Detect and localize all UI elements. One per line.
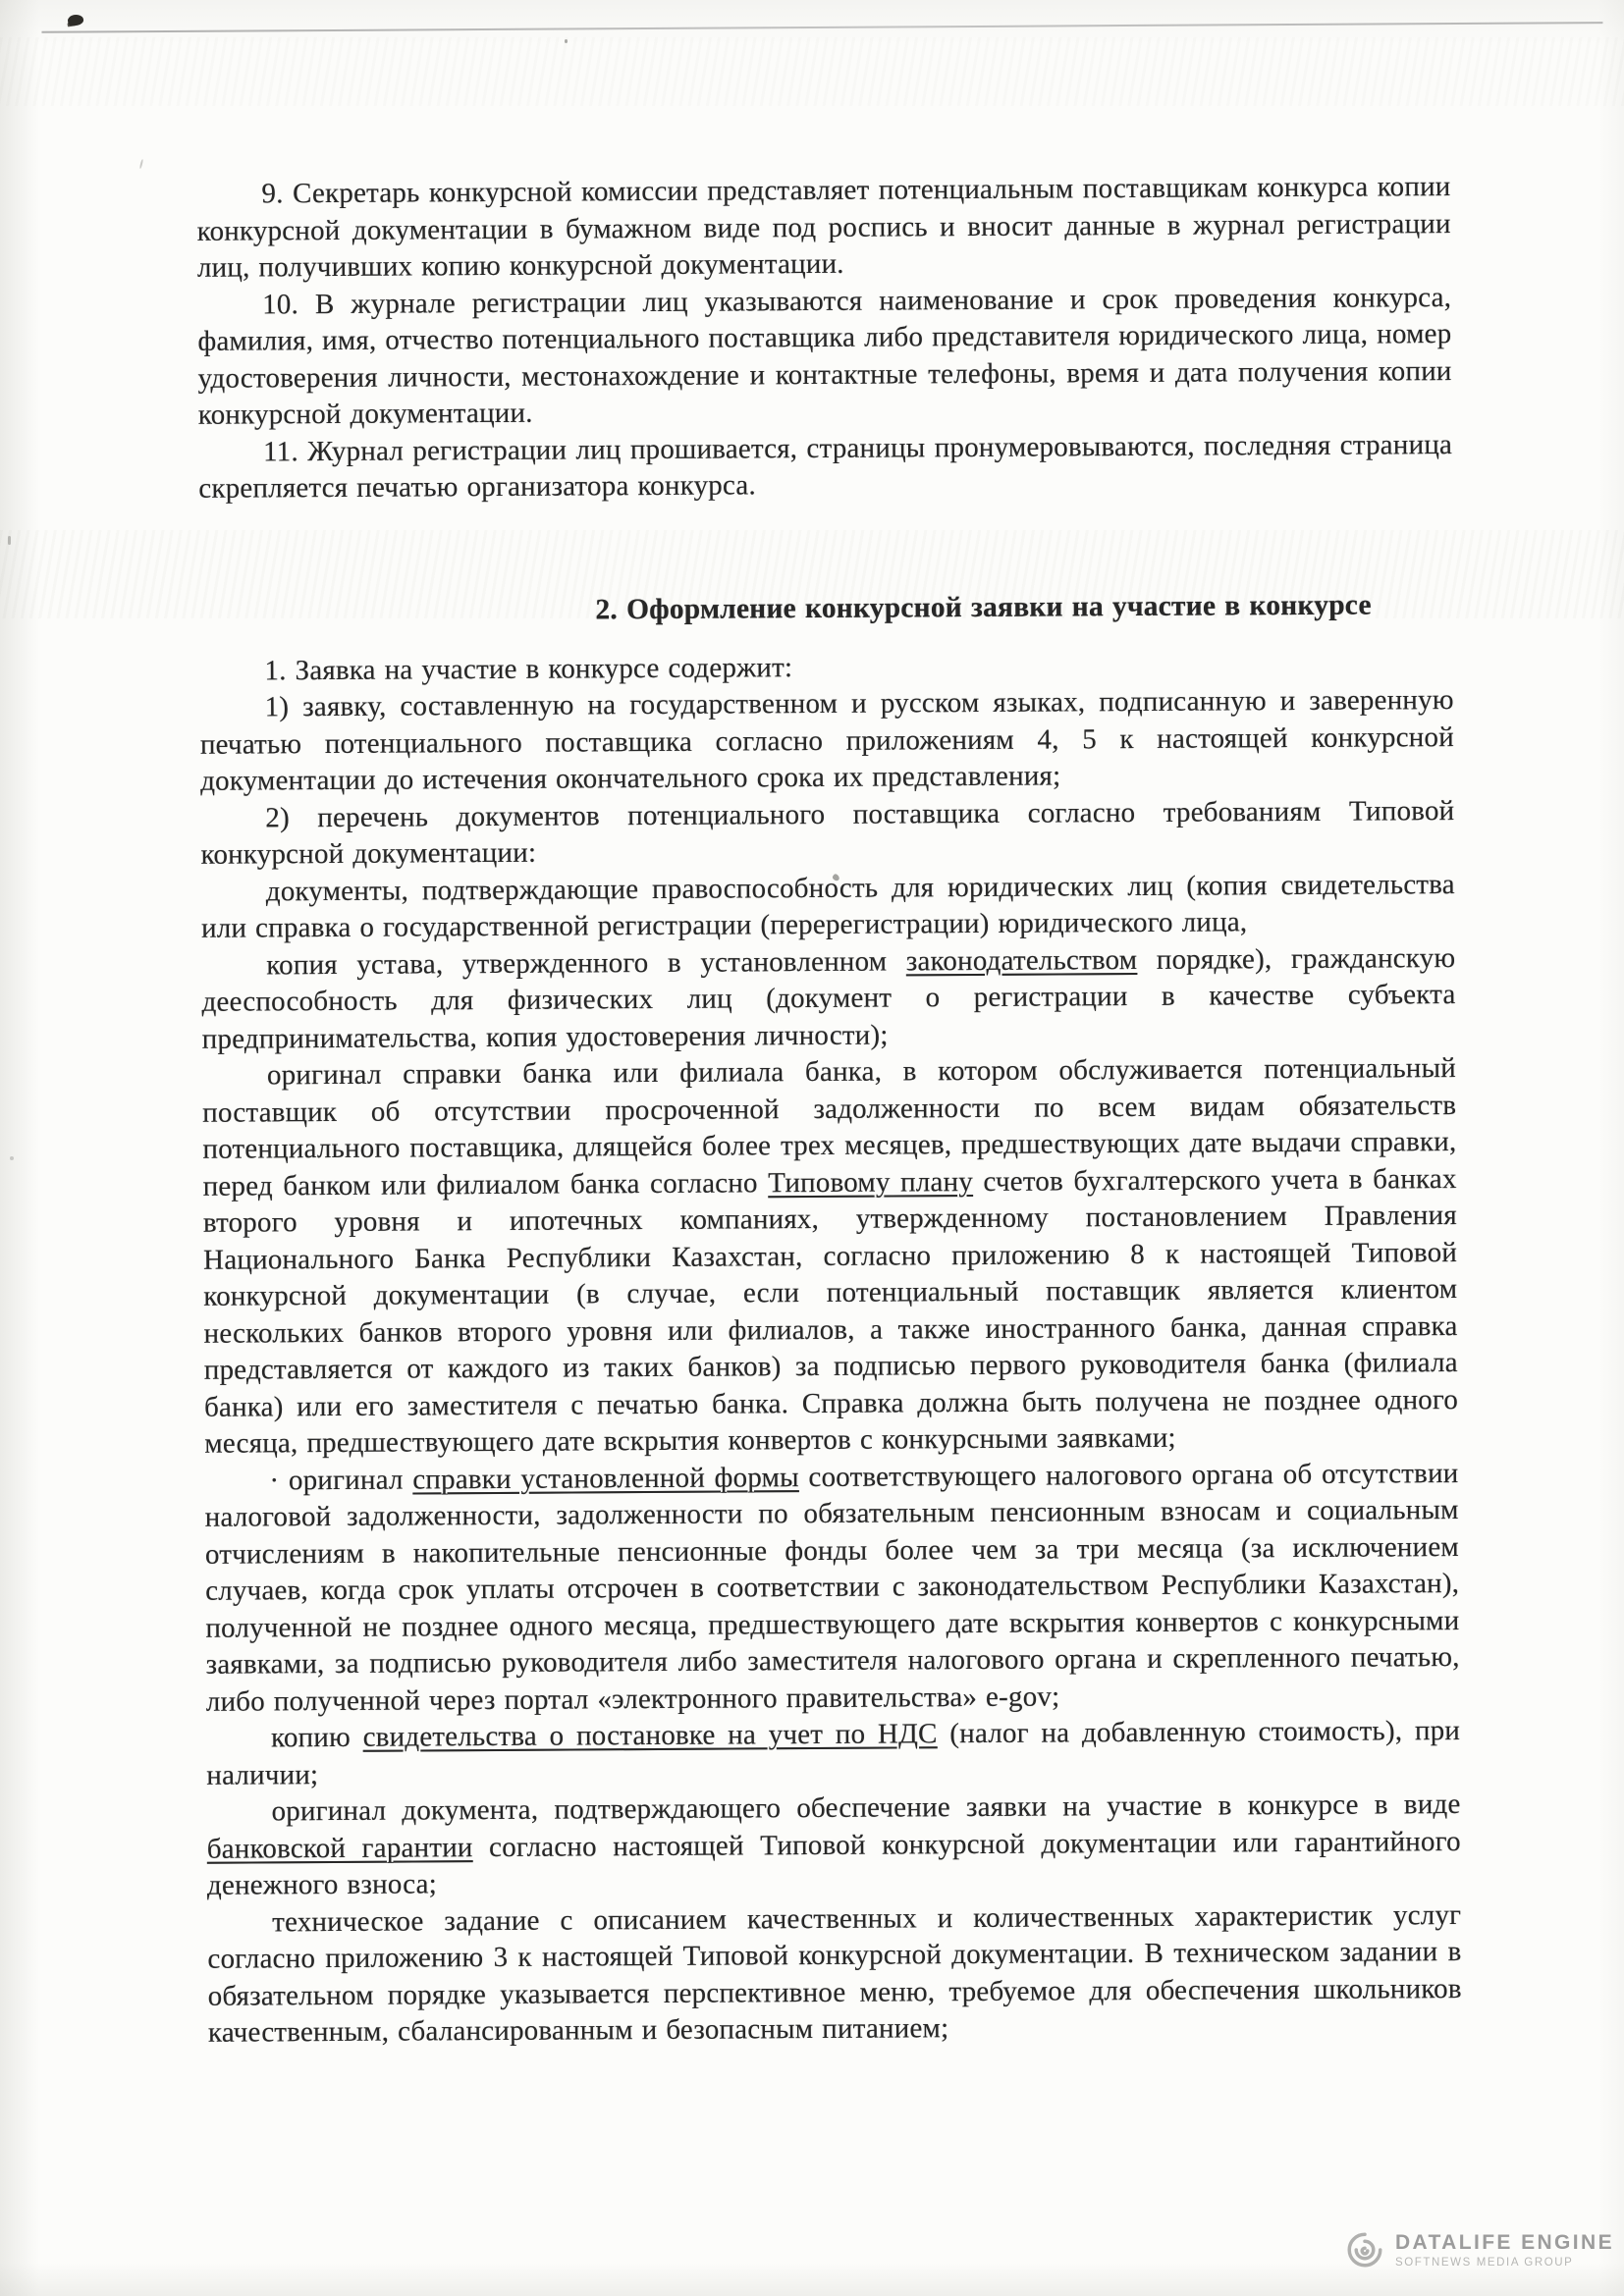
paragraph: документы, подтверждающие правоспособнос… xyxy=(201,866,1455,947)
paragraph: 11. Журнал регистрации лиц прошивается, … xyxy=(198,427,1452,508)
text-run: копия устава, утвержденного в установлен… xyxy=(266,945,906,981)
watermark: DATALIFE ENGINE SOFTNEWS MEDIA GROUP xyxy=(1344,2229,1614,2270)
text-run: 9. Секретарь конкурсной комиссии предста… xyxy=(197,171,1451,284)
paragraph: 1) заявку, составленную на государственн… xyxy=(200,682,1455,800)
paragraph: копия устава, утвержденного в установлен… xyxy=(201,939,1456,1057)
paragraph: · оригинал справки установленной формы с… xyxy=(204,1455,1460,1720)
text-run: · оригинал xyxy=(269,1464,412,1496)
paragraph: 10. В журнале регистрации лиц указываютс… xyxy=(197,280,1452,435)
text-run: копию xyxy=(271,1722,363,1754)
paragraph: оригинал справки банка или филиала банка… xyxy=(202,1050,1458,1463)
section2-body: 1. Заявка на участие в конкурсе содержит… xyxy=(199,646,1462,2053)
paragraph: копию свидетельства о постановке на учет… xyxy=(206,1713,1460,1794)
text-run: 11. Журнал регистрации лиц прошивается, … xyxy=(198,429,1452,505)
text-run: соответствующего налогового органа об от… xyxy=(205,1457,1460,1717)
watermark-text: DATALIFE ENGINE SOFTNEWS MEDIA GROUP xyxy=(1395,2231,1614,2269)
text-run: 2) перечень документов потенциального по… xyxy=(200,795,1454,871)
paragraph: оригинал документа, подтверждающего обес… xyxy=(206,1787,1461,1904)
paragraph: 2) перечень документов потенциального по… xyxy=(200,793,1454,875)
underlined-text: Типовому плану xyxy=(768,1166,973,1199)
document-body: 9. Секретарь конкурсной комиссии предста… xyxy=(196,169,1462,2052)
text-run: 1) заявку, составленную на государственн… xyxy=(200,684,1454,797)
text-run: документы, подтверждающие правоспособнос… xyxy=(201,868,1455,943)
intro-section: 9. Секретарь конкурсной комиссии предста… xyxy=(196,169,1452,507)
section-heading: 2. Оформление конкурсной заявки на участ… xyxy=(199,583,1453,634)
underlined-text: справки установленной формы xyxy=(412,1462,799,1495)
text-run: оригинал документа, подтверждающего обес… xyxy=(271,1789,1460,1827)
paragraph: 9. Секретарь конкурсной комиссии предста… xyxy=(196,169,1451,287)
underlined-text: законодательством xyxy=(906,943,1138,976)
watermark-subtitle: SOFTNEWS MEDIA GROUP xyxy=(1395,2257,1614,2269)
scanned-document-page: 9. Секретарь конкурсной комиссии предста… xyxy=(0,0,1624,2296)
datalife-logo-icon xyxy=(1344,2229,1385,2270)
underlined-text: банковской гарантии xyxy=(207,1832,473,1865)
text-run: техническое задание с описанием качестве… xyxy=(207,1898,1461,2048)
watermark-title: DATALIFE ENGINE xyxy=(1395,2231,1614,2255)
text-run: счетов бухгалтерского учета в банках вто… xyxy=(203,1162,1458,1459)
text-run: 1. Заявка на участие в конкурсе содержит… xyxy=(264,652,792,686)
scan-edge-line xyxy=(41,22,1602,33)
paragraph: техническое задание с описанием качестве… xyxy=(207,1896,1462,2052)
text-run: 10. В журнале регистрации лиц указываютс… xyxy=(197,282,1451,431)
underlined-text: свидетельства о постановке на учет по НД… xyxy=(363,1718,938,1753)
tilted-scan-content: 9. Секретарь конкурсной комиссии предста… xyxy=(0,0,1624,2296)
